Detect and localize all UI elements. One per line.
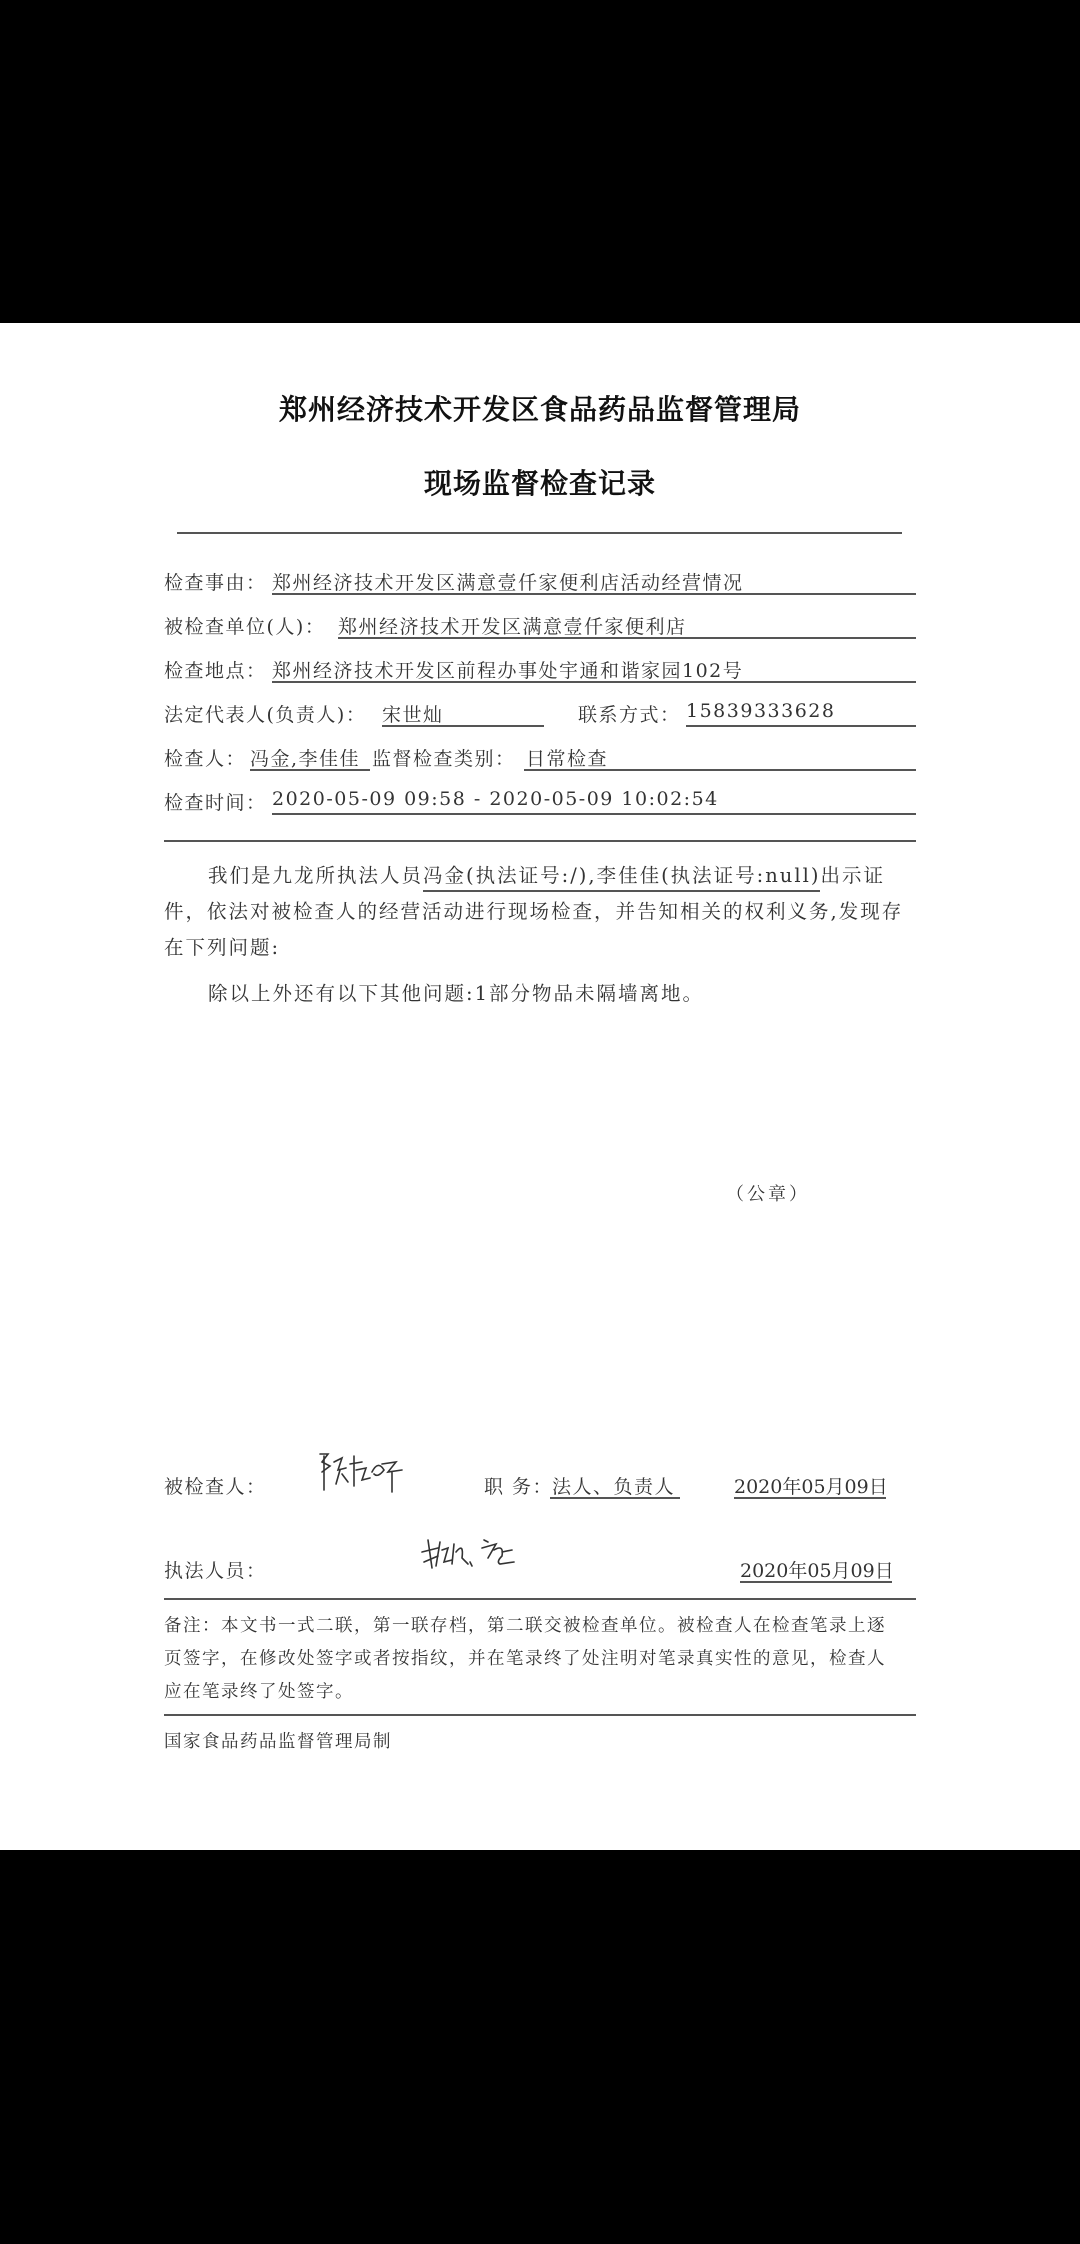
inspected-unit-underline [338,637,916,639]
intro-line-1: 我们是九龙所执法人员 冯金(执法证号:/),李佳佳(执法证号:null)出示证 [208,858,885,894]
inspection-time-label: 检查时间： [164,788,267,815]
officer-sign-date: 2020年05月09日 [740,1556,894,1583]
issues-text: 除以上外还有以下其他问题:1部分物品未隔墙离地。 [208,976,704,1012]
official-seal-label: （公章） [726,1180,810,1206]
inspectors-underline [250,769,370,771]
inspection-location-label: 检查地点： [164,656,267,683]
inspected-sign-date: 2020年05月09日 [734,1472,888,1499]
fields-divider [164,840,916,842]
inspection-reason-value: 郑州经济技术开发区满意壹仟家便利店活动经营情况 [272,568,744,595]
inspection-time-value: 2020-05-09 09:58 - 2020-05-09 10:02:54 [272,788,719,810]
footer-issuer: 国家食品药品监督管理局制 [164,1726,392,1759]
intro-line-2: 件，依法对被检查人的经营活动进行现场检查，并告知相关的权利义务,发现存 [164,894,903,930]
inspection-time-underline [272,813,916,815]
position-value: 法人、负责人 [552,1472,675,1499]
inspection-category-underline [524,769,916,771]
inspected-unit-value: 郑州经济技术开发区满意壹仟家便利店 [338,612,687,639]
position-label: 职 务： [484,1472,553,1499]
agency-title: 郑州经济技术开发区食品药品监督管理局 [0,388,1080,428]
inspectors-value: 冯金,李佳佳 [250,744,360,771]
intro-prefix: 我们是九龙所执法人员 [208,864,423,887]
legal-representative-label: 法定代表人(负责人)： [164,700,366,727]
title-divider [177,532,902,534]
officer-signature [418,1528,528,1578]
remarks-divider [164,1714,916,1716]
remarks-line-1: 备注：本文书一式二联，第一联存档，第二联交被检查单位。被检查人在检查笔录上逐 [164,1610,886,1643]
legal-representative-value: 宋世灿 [382,700,444,727]
inspected-person-label: 被检查人： [164,1472,267,1499]
inspection-reason-underline [272,593,916,595]
record-title: 现场监督检查记录 [0,462,1080,502]
intro-line-3: 在下列问题: [164,930,280,966]
officer-label: 执法人员： [164,1556,267,1583]
inspection-category-label: 监督检查类别： [372,744,516,771]
inspected-person-signature [312,1448,412,1496]
contact-value: 15839333628 [686,700,835,722]
inspection-location-underline [272,681,916,683]
officers-text: 冯金(执法证号:/),李佳佳(执法证号:null) [423,864,820,892]
contact-underline [686,725,916,727]
remarks-line-2: 页签字，在修改处签字或者按指纹，并在笔录终了处注明对笔录真实性的意见，检查人 [164,1643,886,1676]
intro-suffix: 出示证 [820,864,885,887]
position-underline [550,1497,680,1499]
inspected-unit-label: 被检查单位(人)： [164,612,325,639]
signature-divider [164,1598,916,1600]
inspection-category-value: 日常检查 [526,744,608,771]
officer-sign-date-underline [740,1581,892,1583]
contact-label: 联系方式： [578,700,681,727]
inspected-sign-date-underline [734,1497,886,1499]
legal-representative-underline [382,725,544,727]
inspection-reason-label: 检查事由： [164,568,267,595]
inspection-location-value: 郑州经济技术开发区前程办事处宇通和谐家园102号 [272,656,743,683]
remarks-line-3: 应在笔录终了处签字。 [164,1676,354,1709]
inspectors-label: 检查人： [164,744,246,771]
